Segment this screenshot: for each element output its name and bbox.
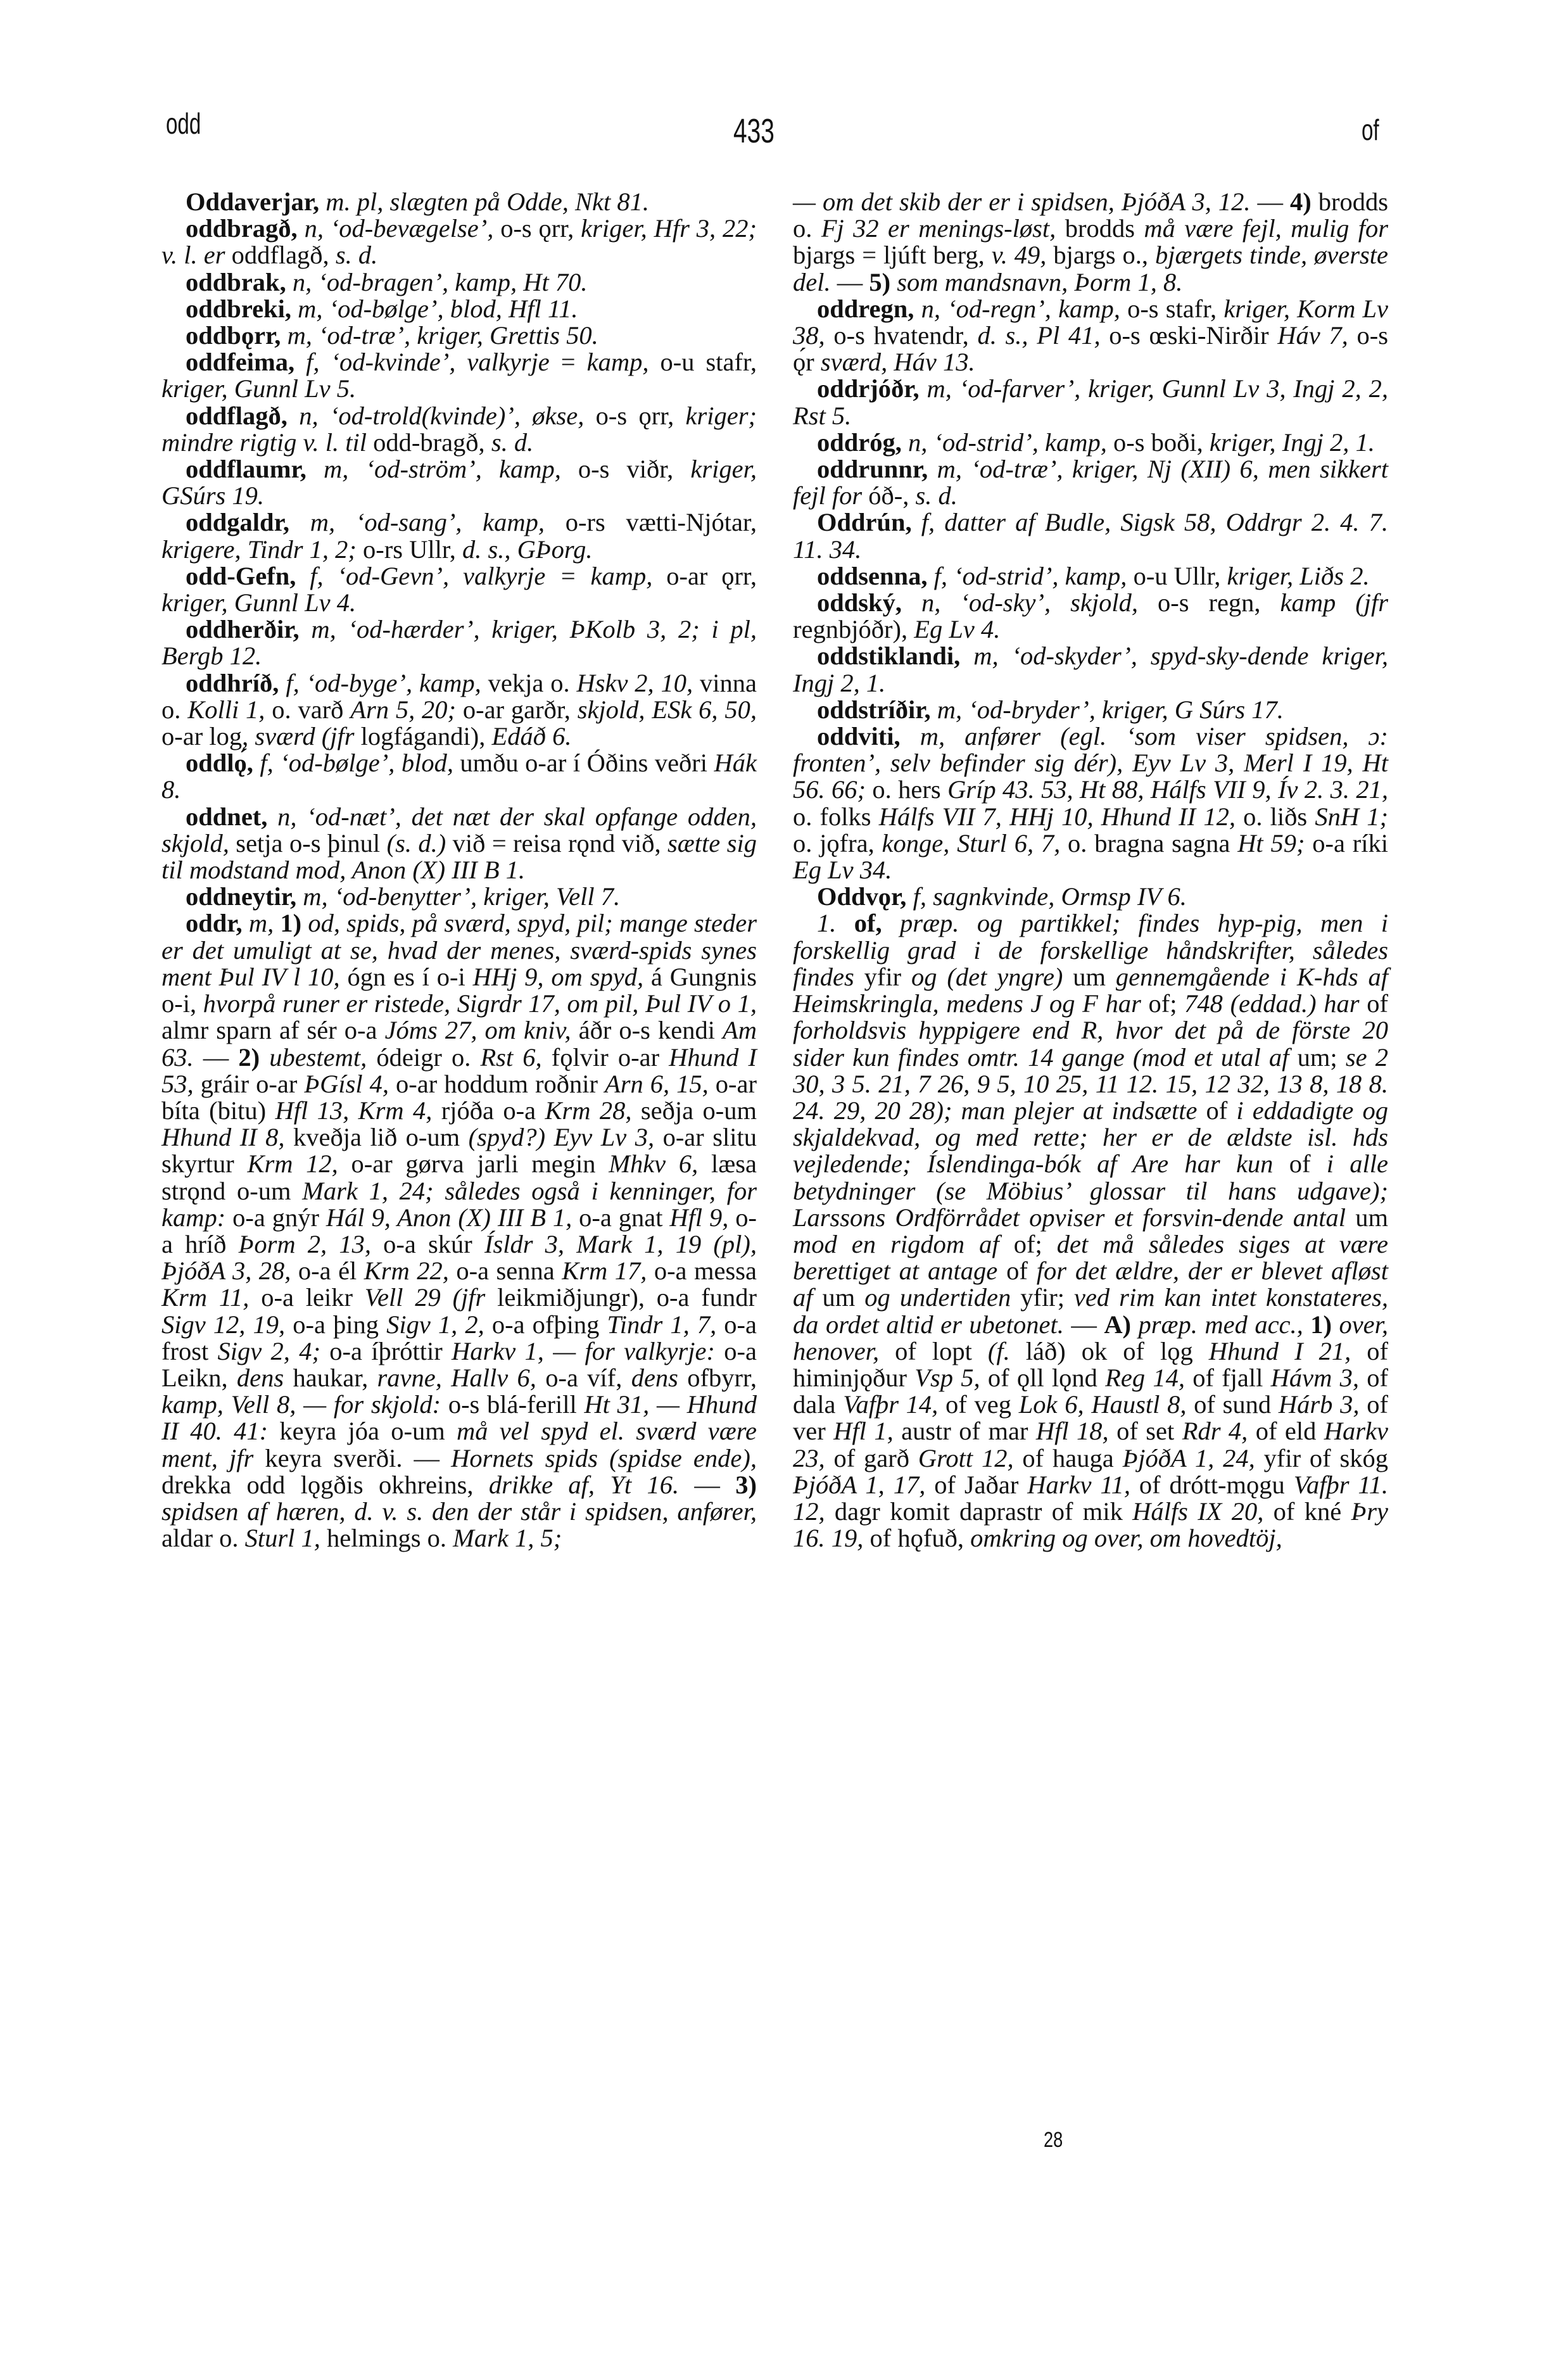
gloss-text: kriger, Gunnl Lv 4. [161,588,356,617]
gloss-text: Jóms 27, om kniv, [385,1016,571,1044]
citation-text [291,294,298,323]
gloss-text: m, ‘od-benytter’, kriger, Vell 7. [303,882,620,911]
dictionary-entry: oddbreki, m, ‘od-bølge’, blod, Hfl 11. [161,296,757,322]
gloss-text: Krm 28, [545,1096,631,1125]
gloss-text: ÞGísl 4, [304,1070,389,1098]
gloss-text: Sturl 1, [245,1524,320,1552]
citation-text: of hauga [1014,1444,1123,1472]
gloss-text: Hfl 9, [669,1203,728,1232]
citation-text: o-ar ǫrr, [652,562,757,590]
gloss-text: Vsp 5, [914,1364,980,1392]
citation-text [914,294,921,323]
citation-text: of set [1109,1417,1182,1445]
citation-text: o. liðs [1236,802,1315,831]
gloss-text: f, ‘od-kvinde’, valkyrje [306,348,550,376]
dictionary-entry: oddbragð, n, ‘od-bevægelse’, o-s ǫrr, kr… [161,215,757,269]
citation-text: vekja o. [481,669,577,697]
citation-text: o-s œski-Nirðir [1101,321,1278,350]
gloss-text: som mandsnavn, Þorm 1, 8. [897,268,1182,296]
headword: oddský, [817,588,902,617]
signature-mark: 28 [1044,2128,1063,2153]
gloss-text: f, ‘od-bølge’, blod, [260,749,453,777]
dictionary-entry: oddstríðir, m, ‘od-bryder’, kriger, G Sú… [793,697,1388,723]
citation-text [928,455,937,483]
gloss-text: Sigv 12, 19, [161,1310,285,1339]
citation-text: umðu o-ar í Óðins veðri [453,749,714,777]
dictionary-entry: oddrunnr, m, ‘od-træ’, kriger, Nj (XII) … [793,456,1388,509]
gloss-text: Háv 7, [1277,321,1348,350]
gloss-text: kriger, Liðs 2. [1227,562,1370,590]
gloss-text: Hornets spids (spidse ende), [451,1444,757,1472]
gloss-text: Þorm 2, 13, [239,1230,371,1258]
citation-text [288,402,299,430]
dictionary-entry: oddflaumr, m, ‘od-ström’, kamp, o-s viðr… [161,456,757,509]
headword: oddgaldr, [186,508,289,536]
gloss-text: (spyd?) Eyv Lv 3, [469,1123,654,1151]
gloss-text: Rdr 4, [1182,1417,1248,1445]
gloss-text: Krm 12, [247,1149,338,1178]
gloss-text: Hálfs IX 20, [1132,1497,1263,1526]
dictionary-entry: oddbrak, n, ‘od-bragen’, kamp, Ht 70. [161,269,757,296]
headword: oddróg, [817,428,902,457]
citation-text: o-a ofþing [484,1310,607,1339]
headword: oddbrak, [186,268,286,296]
gloss-text: Lok 6, Haustl 8, [1019,1390,1187,1419]
citation-text [902,428,908,457]
headword: oddflaumr, [186,455,307,483]
gloss-text: sværd, Háv 13. [821,348,975,376]
gloss-text: Eg Lv 34. [793,856,892,884]
headword: odd-Gefn, [186,562,296,590]
citation-text: um; [1289,1043,1345,1072]
gloss-text: m, ‘od-sang’, kamp, [310,508,545,536]
citation-text [300,615,312,643]
gloss-text: 1. [817,909,836,937]
citation-text [1332,1310,1339,1339]
gloss-text: Krm 17, [562,1256,647,1285]
citation-text [920,374,927,403]
gloss-text: kamp, Vell 8, — for skjold: [161,1390,441,1419]
citation-text: odd-bragð, [367,428,491,457]
gloss-text: hvorpå runer er ristede, Sigrdr 17, om p… [203,989,757,1018]
citation-text [960,642,973,670]
citation-text: o-a él [291,1256,364,1285]
gloss-text: s. d. [336,241,377,269]
citation-text [294,348,306,376]
citation-text: leikmiðjungr), o-a fundr [485,1283,757,1312]
headword: oddbǫrr, [186,321,281,350]
citation-text [279,669,286,697]
gloss-text: Hhund I 21, [1209,1337,1351,1365]
dictionary-entry: oddflagð, n, ‘od-trold(kvinde)’, økse, o… [161,403,757,456]
gloss-text: Edáð 6. [492,722,572,750]
citation-text: o-a víf, [536,1364,631,1392]
citation-text: o. bragna sagna [1060,829,1237,857]
gloss-text: — om det skib der er i spidsen, ÞjóðA 3,… [793,187,1250,216]
dictionary-entry: oddrjóðr, m, ‘od-farver’, kriger, Gunnl … [793,376,1388,429]
citation-text [289,508,310,536]
gloss-text: Arn 6, 15, [605,1070,709,1098]
gloss-text: Krm 11, [161,1283,249,1312]
gloss-text: drikke af, Yt 16. [489,1471,679,1499]
citation-text [301,909,308,937]
headword: Oddrún, [817,508,912,536]
citation-text: o-s regn, [1138,588,1280,617]
citation-text: um [1063,963,1116,991]
gloss-text: Hfl 1, [833,1417,894,1445]
citation-text: o. jǫfra, [793,829,882,857]
headword: oddfeima, [186,348,294,376]
headword: oddsenna, [817,562,927,590]
citation-text: drekka odd lǫgðis okhreins, [161,1471,489,1499]
headword: of, [854,909,882,937]
gloss-text: Rst 6, [480,1043,541,1072]
headword: 1) [1310,1310,1332,1339]
gloss-text: s. d. [491,428,533,457]
gloss-text: krigere, Tindr 1, 2; [161,535,357,564]
citation-text: o-u stafr, [649,348,757,376]
citation-text: um [813,1283,865,1312]
dictionary-entry: oddstiklandi, m, ‘od-skyder’, spyd-sky-d… [793,643,1388,696]
citation-text: seðja o-um [632,1096,757,1125]
dictionary-entry: — om det skib der er i spidsen, ÞjóðA 3,… [793,189,1388,296]
page-header: odd 433 of [0,106,1568,157]
gloss-text: Hávm 3, [1271,1364,1359,1392]
citation-text: of [997,1256,1037,1285]
citation-text: of kné [1263,1497,1351,1526]
citation-text: yfir [854,963,911,991]
citation-text [836,909,854,937]
gloss-text: dens [237,1364,284,1392]
citation-text: rjóða o-a [432,1096,545,1125]
citation-text: setja o-s þinul [229,829,387,857]
gloss-text: skjold, ESk 6, 50, [578,695,757,724]
gloss-text: f, ‘od-strid’, kamp, [934,562,1127,590]
citation-text: oddflagð, [225,241,335,269]
gloss-text: Tindr 1, 7, [607,1310,716,1339]
gloss-text: Hfl 13, Krm 4, [275,1096,432,1125]
gloss-text: kriger, Gunnl Lv 5. [161,374,356,403]
gloss-text: n, ‘od-strid’, kamp, [908,428,1107,457]
dictionary-entry: 1. of, præp. og partikkel; findes hyp-pi… [793,910,1388,1552]
citation-text: o-a messa [647,1256,757,1285]
citation-text: o-u Ullr, [1127,562,1227,590]
citation-text: kveðja lið o-um [285,1123,469,1151]
citation-text: áðr o-s kendi [571,1016,723,1044]
headword: 2) [238,1043,260,1072]
citation-text: keyra sverði. — [253,1444,451,1472]
citation-text: = [550,348,587,376]
citation-text [243,909,249,937]
citation-text: o-ar hoddum roðnir [389,1070,605,1098]
citation-text: — [194,1043,239,1072]
gloss-text: d. s., Pl 41, [977,321,1100,350]
citation-text [281,321,287,350]
gloss-text: m, ‘od-bryder’, kriger, G Súrs 17. [937,695,1284,724]
headword: oddrunnr, [817,455,928,483]
citation-text [1131,1310,1138,1339]
citation-text: of eld [1248,1417,1324,1445]
gloss-text: HHj 9, om spyd, [473,963,644,991]
dictionary-entry: oddgaldr, m, ‘od-sang’, kamp, o-rs vætti… [161,509,757,562]
gloss-text: Sigv 2, 4; [218,1337,320,1365]
citation-text: o-s ǫrr, [493,214,581,243]
gloss-text: ubestemt, [269,1043,367,1072]
gloss-text: præp. med acc., [1139,1310,1303,1339]
citation-text: o-s viðr, [561,455,691,483]
gloss-text: ÞjóðA 1, 17, [793,1471,925,1499]
gloss-text: ravne, Hallv 6, [377,1364,536,1392]
dictionary-entry: Oddrún, f, datter af Budle, Sigsk 58, Od… [793,509,1388,562]
headword: Oddaverjar, [186,187,319,216]
headword: oddherðir, [186,615,300,643]
gloss-text: d. s., GÞorg. [462,535,593,564]
gloss-text: Harkv 1, — for valkyrje: [452,1337,715,1365]
gloss-text: (f. [988,1337,1010,1365]
citation-text: austr of mar [894,1417,1036,1445]
headword: oddnet, [186,802,267,831]
left-guideword: odd [166,106,201,141]
gloss-text: n, ‘od-regn’, kamp, [921,294,1120,323]
citation-text [912,508,921,536]
citation-text [882,909,900,937]
dictionary-entry: oddsenna, f, ‘od-strid’, kamp, o-u Ullr,… [793,563,1388,590]
citation-text [307,455,324,483]
citation-text: of hǫfuð, [863,1524,970,1552]
citation-text [296,882,303,911]
citation-text: o-a gnýr [225,1203,326,1232]
gloss-text: v. 49, [992,241,1047,269]
dictionary-entry: odd-Gefn, f, ‘od-Gevn’, valkyrje = kamp,… [161,563,757,616]
citation-text: aldar o. [161,1524,245,1552]
citation-text [927,562,933,590]
citation-text: — [1250,187,1290,216]
gloss-text: Fj 32 er menings-løst, [821,214,1056,243]
right-guideword: of [1362,113,1379,147]
citation-text: um [1346,1203,1388,1232]
citation-text: ódeigr o. [367,1043,480,1072]
headword: oddrjóðr, [817,374,920,403]
gloss-text: dens [631,1364,678,1392]
citation-text: óð-, [862,481,915,510]
headword: 4) [1290,187,1312,216]
gloss-text: sværd (jfr [255,722,354,750]
gloss-text: m, ‘od-bølge’, blod, Hfl 11. [298,294,578,323]
citation-text: o-ar gørva jarli megin [338,1149,609,1178]
gloss-text: Krm 22, [364,1256,449,1285]
headword: 5) [869,268,890,296]
citation-text: o-s blá-ferill [441,1390,584,1419]
dictionary-entry: oddský, n, ‘od-sky’, skjold, o-s regn, k… [793,590,1388,643]
citation-text: — [679,1471,735,1499]
headword: oddbreki, [186,294,291,323]
gloss-text: 748 (eddad.) har [1184,989,1359,1018]
citation-text: o-a íþróttir [320,1337,452,1365]
gloss-text: Harkv 11, [1027,1471,1130,1499]
headword: oddbragð, [186,214,298,243]
citation-text: almr sparn af sér o-a [161,1016,385,1044]
headword: A) [1104,1310,1131,1339]
citation-text: o-ar log, [161,722,255,750]
gloss-text: m, ‘od-træ’, kriger, Grettis 50. [288,321,598,350]
gloss-text: Hárb 3, [1279,1390,1360,1419]
dictionary-entry: oddbǫrr, m, ‘od-træ’, kriger, Grettis 50… [161,322,757,349]
citation-text: — [831,268,869,296]
citation-text: gráir o-ar [194,1070,305,1098]
citation-text [298,214,305,243]
gloss-text: m, [249,909,274,937]
citation-text: ógn es í o-i [340,963,473,991]
gloss-text: Hskv 2, 10, [576,669,693,697]
gloss-text: Hál 9, Anon (X) III B 1, [326,1203,572,1232]
gloss-text: Vell 29 (jfr [365,1283,486,1312]
headword: oddviti, [817,722,901,750]
citation-text: of Jaðar [925,1471,1027,1499]
citation-text: o-s ǫrr, [584,402,685,430]
citation-text: of drótt-mǫgu [1130,1471,1294,1499]
headword: Oddvǫr, [817,882,906,911]
citation-text [319,187,326,216]
page-number: 433 [733,111,775,151]
gloss-text: kriger, Ingj 2, 1. [1210,428,1375,457]
citation-text: of; [999,1230,1057,1258]
gloss-text: Gríp 43. 53, Ht 88, Hálfs VII 9, Ív 2. 3… [947,775,1388,804]
gloss-text: Hhund II 8, [161,1123,285,1151]
citation-text: o-a skúr [371,1230,484,1258]
citation-text: o-a þing [285,1310,386,1339]
gloss-text: og (det yngre) [911,963,1063,991]
citation-text: láð) ok of lǫg [1010,1337,1209,1365]
citation-text: keyra jóa o-um [268,1417,457,1445]
gloss-text: mod en rigdom af [793,1230,999,1258]
gloss-text: m, ‘od-ström’, kamp, [324,455,561,483]
headword: oddstríðir, [817,695,931,724]
citation-text: haukar, [284,1364,377,1392]
citation-text [1303,1310,1310,1339]
citation-text: o-s hvatendr, [825,321,978,350]
citation-text: o. hers [866,775,947,804]
gloss-text: (s. d.) [387,829,446,857]
citation-text: of; [1141,989,1184,1018]
gloss-text: omkring og over, om hovedtöj, [970,1524,1282,1552]
gloss-text: Ht 59; [1237,829,1305,857]
citation-text: dagr komit daprastr of mik [825,1497,1133,1526]
dictionary-entry: oddviti, m, anfører (egl. ‘som viser spi… [793,723,1388,883]
gloss-text: SnH 1; [1315,802,1388,831]
citation-text: of lopt [879,1337,988,1365]
headword: oddhríð, [186,669,279,697]
headword: oddstiklandi, [817,642,960,670]
citation-text [253,749,260,777]
citation-text: of [1360,989,1388,1018]
gloss-text: Grott 12, [918,1444,1014,1472]
gloss-text: n, ‘od-sky’, skjold, [921,588,1138,617]
citation-text [890,268,897,296]
gloss-text: n, ‘od-trold(kvinde)’, økse, [299,402,584,430]
headword: 1) [280,909,301,937]
gloss-text: Vafþr 14, [843,1390,938,1419]
citation-text [274,909,280,937]
citation-text: o-a gnat [572,1203,669,1232]
citation-text: o. varð [265,695,350,724]
citation-text: bjargs = ljúft berg, [793,241,992,269]
headword: oddregn, [817,294,914,323]
citation-text: o. folks [793,802,879,831]
citation-text: o-a senna [449,1256,562,1285]
dictionary-entry: oddherðir, m, ‘od-hærder’, kriger, ÞKolb… [161,616,757,669]
citation-text [267,802,277,831]
citation-text: regnbjóðr), [793,615,914,643]
gloss-text: n, ‘od-bevægelse’, [305,214,494,243]
citation-text: brodds [1056,214,1144,243]
citation-text: of sund [1186,1390,1278,1419]
citation-text: o-a leikr [249,1283,364,1312]
gloss-text: Arn 5, 20; [350,695,456,724]
citation-text: o-a ríki [1305,829,1388,857]
citation-text: o-rs Ullr, [357,535,462,564]
gloss-text: kamp (jfr [1280,588,1388,617]
dictionary-entry: oddnet, n, ‘od-næt’, det næt der skal op… [161,804,757,884]
gloss-text: s. d. [916,481,958,510]
gloss-text: Reg 14, [1105,1364,1185,1392]
gloss-text: må være fejl, mulig for [1144,214,1388,243]
gloss-text: Mhkv 6, [609,1149,698,1178]
citation-text [902,588,921,617]
gloss-text: n, ‘od-bragen’, kamp, Ht 70. [293,268,588,296]
gloss-text: kamp, [587,348,649,376]
citation-text [906,882,913,911]
citation-text: o-s boði, [1107,428,1210,457]
headword: oddr, [186,909,243,937]
gloss-text: Hálfs VII 7, HHj 10, Hhund II 12, [879,802,1236,831]
citation-text: o-s stafr, [1120,294,1223,323]
dictionary-entry: Oddaverjar, m. pl, slægten på Odde, Nkt … [161,189,757,215]
citation-text [286,268,293,296]
citation-text: of [1273,1149,1326,1178]
dictionary-entry: oddróg, n, ‘od-strid’, kamp, o-s boði, k… [793,429,1388,456]
headword: oddneytir, [186,882,296,911]
gloss-text: og undertiden [864,1283,1011,1312]
dictionary-entry: Oddvǫr, f, sagnkvinde, Ormsp IV 6. [793,883,1388,910]
gloss-text: f, ‘od-Gevn’, valkyrje = kamp, [310,562,652,590]
citation-text: of veg [938,1390,1018,1419]
citation-text: of fjall [1185,1364,1271,1392]
dictionary-entry: oddregn, n, ‘od-regn’, kamp, o-s stafr, … [793,296,1388,376]
gloss-text: Hfl 18, [1036,1417,1109,1445]
citation-text: bjargs o., [1046,241,1155,269]
citation-text: of [1197,1096,1236,1125]
citation-text: yfir of skóg [1255,1444,1388,1472]
citation-text: logfágandi), [354,722,491,750]
gloss-text: f, sagnkvinde, Ormsp IV 6. [913,882,1187,911]
citation-text: — [1064,1310,1104,1339]
dictionary-entry: oddlǫ́, f, ‘od-bølge’, blod, umðu o-ar í… [161,750,757,803]
citation-text: fǫlvir o-ar [542,1043,669,1072]
citation-text [260,1043,269,1072]
headword: 3) [735,1471,757,1499]
citation-text: of ǫll lǫnd [980,1364,1105,1392]
gloss-text: konge, Sturl 6, 7, [882,829,1061,857]
citation-text [901,722,920,750]
citation-text: o-rs vætti-Njótar, [545,508,757,536]
gloss-text: Mark 1, 5; [453,1524,562,1552]
dictionary-entry: oddfeima, f, ‘od-kvinde’, valkyrje = kam… [161,349,757,402]
gloss-text: m. pl, slægten på Odde, Nkt 81. [326,187,649,216]
dictionary-entry: oddr, m, 1) od, spids, på sværd, spyd, p… [161,910,757,1552]
citation-text: helmings o. [320,1524,453,1552]
citation-text [296,562,310,590]
citation-text: yfir; [1011,1283,1074,1312]
